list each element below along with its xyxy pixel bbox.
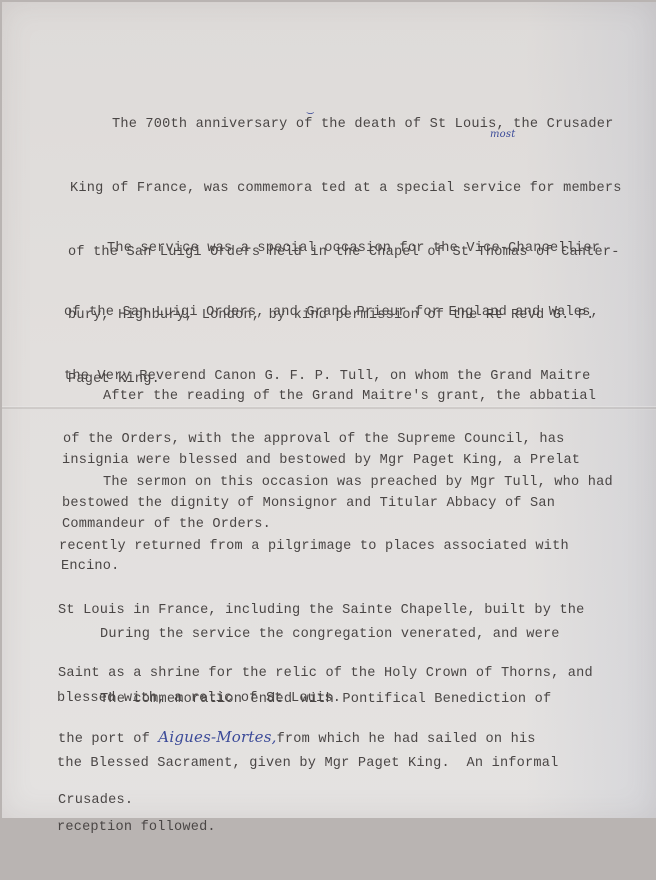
text-line: the Blessed Sacrament, given by Mgr Page… <box>2 753 656 774</box>
handwritten-insertion: most <box>490 124 515 145</box>
text-line: After the reading of the Grand Maitre's … <box>2 386 656 407</box>
text-line: The sermon on this occasion was preached… <box>2 472 656 493</box>
text-line: The service was a special occasion for t… <box>2 238 656 259</box>
text-line: of the San Luigi Orders, and Grand Prieu… <box>2 302 656 323</box>
text-line: recently returned from a pilgrimage to p… <box>2 536 656 557</box>
handwritten-join-mark: ‿ <box>307 100 314 121</box>
text-line: The commemoration ended with Pontifical … <box>2 689 656 710</box>
text-line: The 700th anniversary of the death of St… <box>2 114 656 135</box>
text-line: During the service the congregation vene… <box>2 624 656 645</box>
typewritten-page: The 700th anniversary of the death of St… <box>2 2 656 818</box>
paragraph-6: The commemoration ended with Pontifical … <box>2 647 656 818</box>
